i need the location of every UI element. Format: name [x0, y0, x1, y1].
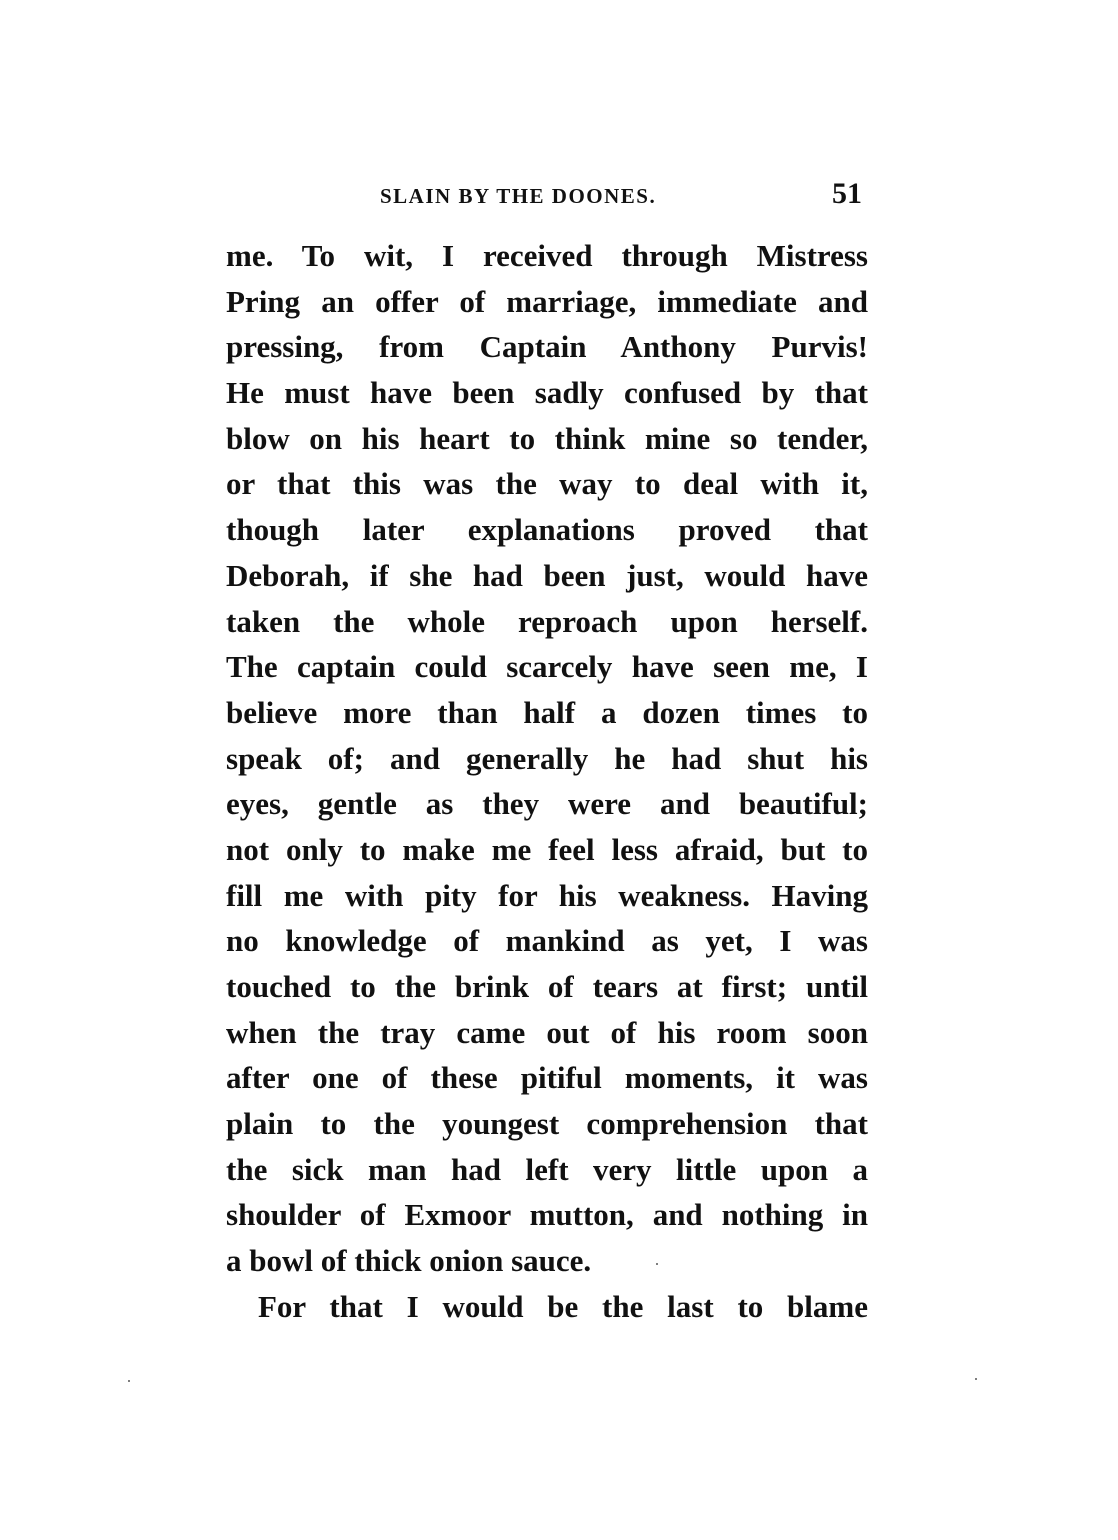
- text-line: after one of these pitiful moments, it w…: [226, 1055, 868, 1101]
- scan-speck: [656, 1263, 658, 1265]
- body-text: me. To wit, I received through Mistress …: [226, 233, 868, 1330]
- paragraph-end-line: a bowl of thick onion sauce.: [226, 1238, 868, 1284]
- text-line: believe more than half a dozen times to: [226, 690, 868, 736]
- text-line: or that this was the way to deal with it…: [226, 461, 868, 507]
- paragraph-start-line: For that I would be the last to blame: [226, 1284, 868, 1330]
- scan-speck: [975, 1378, 977, 1380]
- page-number: 51: [832, 178, 862, 210]
- scan-speck: [128, 1380, 130, 1382]
- text-line: speak of; and generally he had shut his: [226, 736, 868, 782]
- text-line: the sick man had left very little upon a: [226, 1147, 868, 1193]
- text-line: Pring an offer of marriage, immediate an…: [226, 279, 868, 325]
- text-line: shoulder of Exmoor mutton, and nothing i…: [226, 1192, 868, 1238]
- text-line: when the tray came out of his room soon: [226, 1010, 868, 1056]
- running-head-title: SLAIN BY THE DOONES.: [380, 183, 656, 209]
- text-line: not only to make me feel less afraid, bu…: [226, 827, 868, 873]
- text-line: Deborah, if she had been just, would hav…: [226, 553, 868, 599]
- text-line: taken the whole reproach upon herself.: [226, 599, 868, 645]
- text-line: eyes, gentle as they were and beautiful;: [226, 781, 868, 827]
- text-line: plain to the youngest comprehension that: [226, 1101, 868, 1147]
- text-line: no knowledge of mankind as yet, I was: [226, 918, 868, 964]
- book-page: SLAIN BY THE DOONES. 51 me. To wit, I re…: [0, 0, 1118, 1540]
- text-line: blow on his heart to think mine so tende…: [226, 416, 868, 462]
- text-line: pressing, from Captain Anthony Purvis!: [226, 324, 868, 370]
- text-line: me. To wit, I received through Mistress: [226, 233, 868, 279]
- text-line: He must have been sadly confused by that: [226, 370, 868, 416]
- text-line: The captain could scarcely have seen me,…: [226, 644, 868, 690]
- text-line: fill me with pity for his weakness. Havi…: [226, 873, 868, 919]
- text-line: touched to the brink of tears at first; …: [226, 964, 868, 1010]
- text-line: though later explanations proved that: [226, 507, 868, 553]
